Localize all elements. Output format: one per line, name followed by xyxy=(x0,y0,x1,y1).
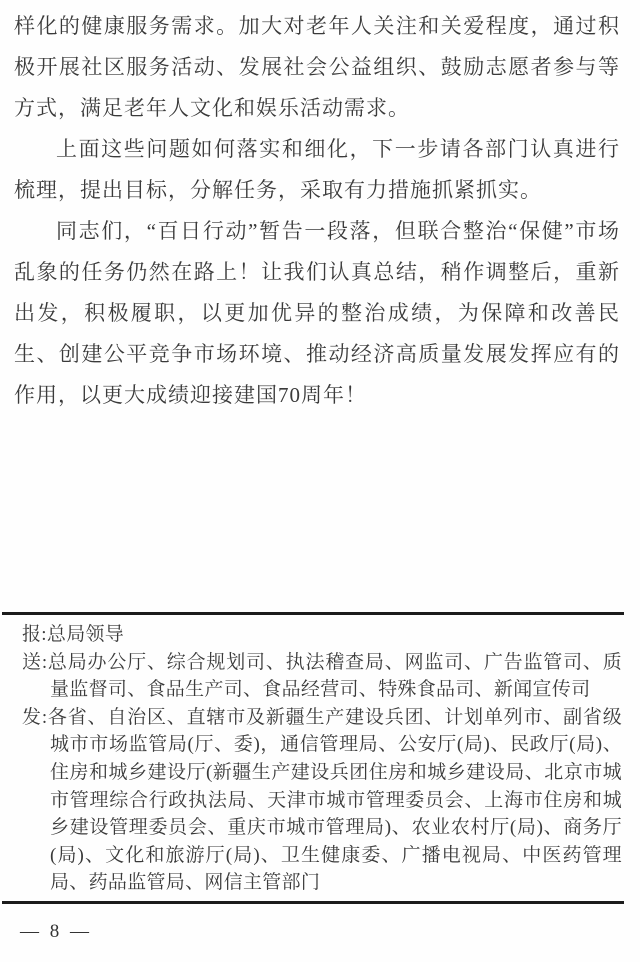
distribution-entry-issue: 发:各省、自治区、直辖市及新疆生产建设兵团、计划单列市、副省级城市市场监管局(厅… xyxy=(22,704,622,897)
distribution-list: 报:总局领导 送:总局办公厅、综合规划司、执法稽查局、网监司、广告监管司、质量监… xyxy=(22,621,622,897)
distribution-entry-send: 送:总局办公厅、综合规划司、执法稽查局、网监司、广告监管司、质量监督司、食品生产… xyxy=(22,649,622,704)
distribution-label: 发: xyxy=(22,707,47,728)
page-number: — 8 — xyxy=(20,921,92,943)
distribution-text: 各省、自治区、直辖市及新疆生产建设兵团、计划单列市、副省级城市市场监管局(厅、委… xyxy=(47,707,622,894)
separator-rule-top xyxy=(2,612,624,615)
distribution-text: 总局办公厅、综合规划司、执法稽查局、网监司、广告监管司、质量监督司、食品生产司、… xyxy=(47,652,622,701)
separator-rule-bottom xyxy=(2,901,624,904)
distribution-label: 报: xyxy=(22,624,47,645)
body-paragraph: 上面这些问题如何落实和细化，下一步请各部门认真进行梳理，提出目标，分解任务，采取… xyxy=(14,129,620,211)
body-paragraph: 同志们，“百日行动”暂告一段落，但联合整治“保健”市场乱象的任务仍然在路上！让我… xyxy=(14,211,620,416)
distribution-text: 总局领导 xyxy=(47,624,124,645)
distribution-entry-report: 报:总局领导 xyxy=(22,621,622,649)
distribution-label: 送: xyxy=(22,652,47,673)
document-page: 样化的健康服务需求。加大对老年人关注和关爱程度，通过积极开展社区服务活动、发展社… xyxy=(0,0,640,962)
document-body: 样化的健康服务需求。加大对老年人关注和关爱程度，通过积极开展社区服务活动、发展社… xyxy=(14,6,620,416)
body-paragraph: 样化的健康服务需求。加大对老年人关注和关爱程度，通过积极开展社区服务活动、发展社… xyxy=(14,6,620,129)
